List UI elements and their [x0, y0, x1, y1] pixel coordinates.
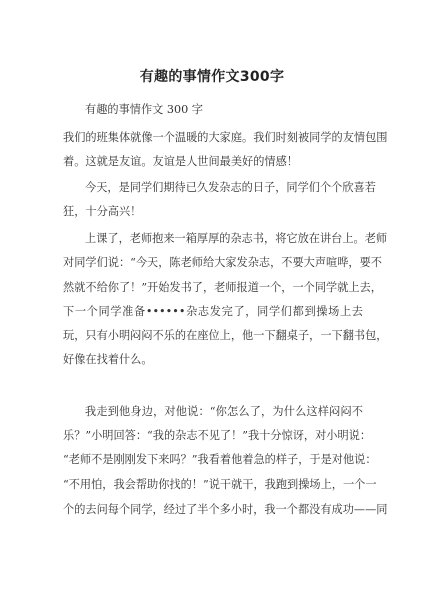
- body-text-line: 狂，十分高兴！: [63, 205, 363, 219]
- body-text-line: 上课了，老师抱来一箱厚厚的杂志书，将它放在讲台上。老师: [85, 232, 363, 246]
- body-text-line: 对同学们说：“今天，陈老师给大家发杂志，不要大声喧哗，要不: [63, 256, 363, 270]
- body-text-line: “不用怕，我会帮助你找的！”说干就干，我跑到操场上，一个一: [63, 478, 363, 492]
- body-text-line: “老师不是刚刚发下来吗？”我看着他着急的样子，于是对他说：: [63, 453, 363, 467]
- document-title: 有趣的事情作文300字: [0, 66, 424, 86]
- body-text-line: 我走到他身边，对他说：“你怎么了，为什么这样闷闷不: [85, 405, 363, 419]
- document-page: 有趣的事情作文300字 有趣的事情作文 300 字我们的班集体就像一个温暖的大家…: [0, 0, 424, 600]
- body-text-line: 然就不给你了！”开始发书了，老师报道一个，一个同学就上去，: [63, 281, 363, 295]
- body-text-line: 今天，是同学们期待已久发杂志的日子，同学们个个欣喜若: [85, 181, 363, 195]
- body-text-line: 个的去问每个同学，经过了半个多小时，我一个都没有成功——同: [63, 503, 363, 517]
- body-text-line: 我们的班集体就像一个温暖的大家庭。我们时刻被同学的友情包围: [63, 131, 363, 145]
- body-text-line: 好像在找着什么。: [63, 353, 363, 367]
- document-subtitle: 有趣的事情作文 300 字: [85, 103, 363, 117]
- body-text-line: 玩，只有小明闷闷不乐的在座位上，他一下翻桌子，一下翻书包，: [63, 329, 363, 343]
- body-text-line: 下一个同学准备••••••杂志发完了，同学们都到操场上去: [63, 305, 363, 319]
- body-text-line: 乐？”小明回答：“我的杂志不见了！”我十分惊讶，对小明说：: [63, 429, 363, 443]
- body-text-line: 着。这就是友谊。友谊是人世间最美好的情感！: [63, 155, 363, 169]
